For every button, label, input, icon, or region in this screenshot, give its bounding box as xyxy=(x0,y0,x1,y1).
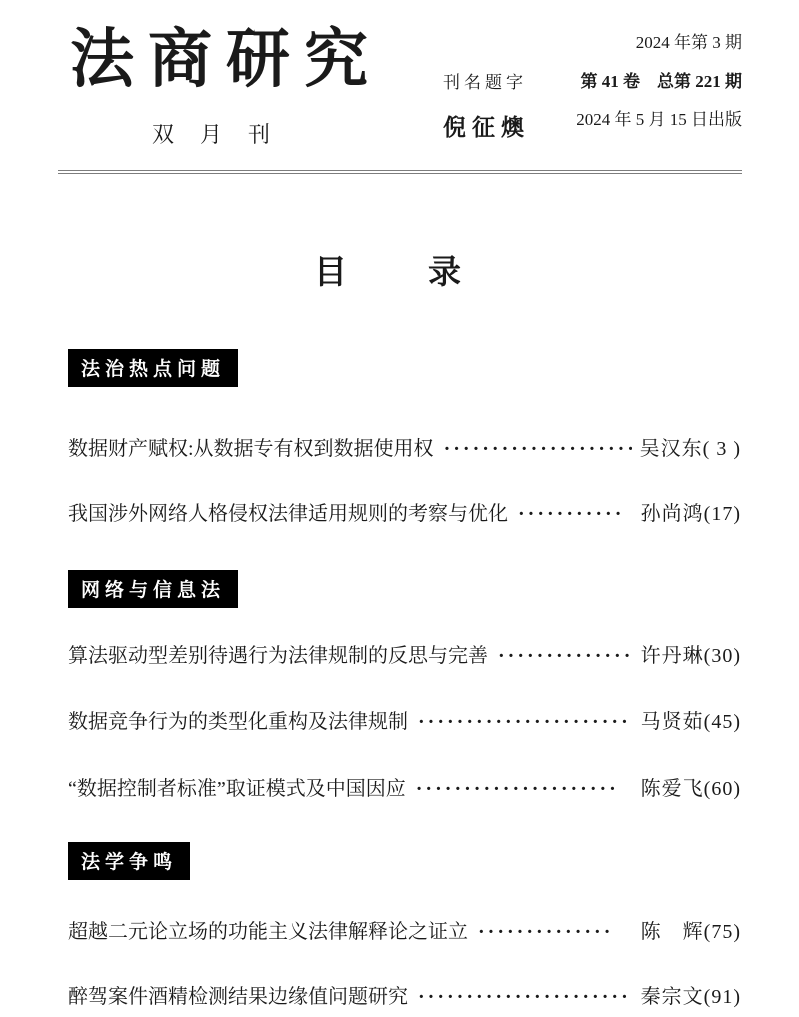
volume-info: 第 41 卷 总第 221 期 xyxy=(576,71,742,93)
article-title: 我国涉外网络人格侵权法律适用规则的考察与优化 xyxy=(68,501,508,527)
article-page-number: ( 3 ) xyxy=(703,438,741,460)
dot-leader: ······················ xyxy=(444,436,632,462)
toc-entry: 算法驱动型差别待遇行为法律规制的反思与完善 ·············· 许丹琳… xyxy=(68,643,741,669)
article-author-page: 秦宗文(91) xyxy=(641,984,741,1010)
article-title: 数据财产赋权:从数据专有权到数据使用权 xyxy=(68,436,434,462)
dot-leader: ·············· xyxy=(498,643,633,669)
toc-entry: “数据控制者标准”取证模式及中国因应 ·····················… xyxy=(68,776,741,802)
article-author-page: 吴汉东( 3 ) xyxy=(640,436,741,462)
article-page-number: (45) xyxy=(704,711,741,733)
article-page-number: (17) xyxy=(704,503,741,525)
frequency-label: 双 月 刊 xyxy=(152,118,272,149)
article-author-page: 许丹琳(30) xyxy=(641,643,741,669)
article-page-number: (75) xyxy=(704,921,741,943)
issue-info-block: 2024 年第 3 期 第 41 卷 总第 221 期 2024 年 5 月 1… xyxy=(576,32,742,131)
article-page-number: (91) xyxy=(704,986,741,1008)
article-author: 陈爱飞 xyxy=(641,778,704,800)
article-author: 秦宗文 xyxy=(641,986,704,1008)
article-author-page: 孙尚鸿(17) xyxy=(641,501,741,527)
article-title: “数据控制者标准”取证模式及中国因应 xyxy=(68,776,406,802)
dot-leader: ··········· xyxy=(518,501,624,527)
article-page-number: (60) xyxy=(704,778,741,800)
article-author-page: 马贤茹(45) xyxy=(641,709,741,735)
article-author: 陈 辉 xyxy=(641,921,704,943)
article-author-page: 陈爱飞(60) xyxy=(641,776,741,802)
toc-entry: 数据竞争行为的类型化重构及法律规制 ······················… xyxy=(68,709,741,735)
toc-entry: 数据财产赋权:从数据专有权到数据使用权 ····················… xyxy=(68,436,741,462)
publish-date: 2024 年 5 月 15 日出版 xyxy=(576,109,742,131)
issue-number: 2024 年第 3 期 xyxy=(576,32,742,54)
inscription-block: 刊名题字 倪征燠 xyxy=(443,68,530,142)
toc-page: 法商研究 双 月 刊 刊名题字 倪征燠 2024 年第 3 期 第 41 卷 总… xyxy=(0,0,799,1017)
inscription-label: 刊名题字 xyxy=(443,68,530,93)
toc-entry: 我国涉外网络人格侵权法律适用规则的考察与优化 ··········· 孙尚鸿(1… xyxy=(68,501,741,527)
journal-title: 法商研究 xyxy=(70,22,382,99)
toc-entry: 醉驾案件酒精检测结果边缘值问题研究 ······················… xyxy=(68,984,741,1010)
toc-title: 目 录 xyxy=(0,246,799,293)
article-title: 数据竞争行为的类型化重构及法律规制 xyxy=(68,709,408,735)
article-author-page: 陈 辉(75) xyxy=(641,919,741,945)
toc-entry: 超越二元论立场的功能主义法律解释论之证立 ·············· 陈 辉(… xyxy=(68,919,741,945)
section-label-legal-debates: 法学争鸣 xyxy=(68,842,190,880)
article-title: 算法驱动型差别待遇行为法律规制的反思与完善 xyxy=(68,643,488,669)
dot-leader: ······················ xyxy=(418,709,631,735)
inscriber-signature: 倪征燠 xyxy=(443,109,530,142)
masthead-divider-rule xyxy=(58,170,742,174)
section-label-legal-hot-topics: 法治热点问题 xyxy=(68,349,238,387)
article-author: 吴汉东 xyxy=(640,438,703,460)
article-page-number: (30) xyxy=(704,645,741,667)
article-author: 许丹琳 xyxy=(641,645,704,667)
article-title: 醉驾案件酒精检测结果边缘值问题研究 xyxy=(68,984,408,1010)
section-label-network-information-law: 网络与信息法 xyxy=(68,570,238,608)
article-author: 马贤茹 xyxy=(641,711,704,733)
article-author: 孙尚鸿 xyxy=(641,503,704,525)
article-title: 超越二元论立场的功能主义法律解释论之证立 xyxy=(68,919,468,945)
dot-leader: ······················ xyxy=(418,984,631,1010)
dot-leader: ····················· xyxy=(416,776,619,802)
dot-leader: ·············· xyxy=(478,919,613,945)
